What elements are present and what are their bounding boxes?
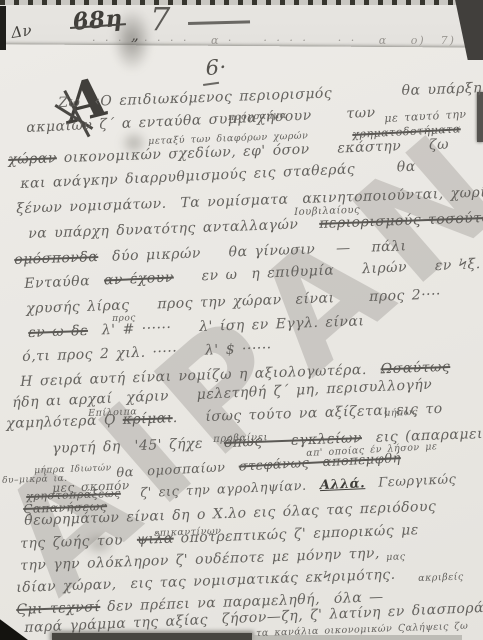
upper-strip-initials: Δν [10, 21, 33, 42]
scan-edge-shadow-right [477, 92, 483, 142]
struck-text: ομόσπονδα [14, 249, 99, 268]
text-fragment: μήπως [384, 407, 418, 419]
scan-edge-shadow-left [0, 6, 6, 50]
manuscript-scan: { "scan": { "paper_color": "#e9e7e2", "p… [0, 0, 483, 640]
page-number-6: 6· [205, 55, 227, 80]
text-fragment: ακριβείς [418, 571, 464, 584]
handwriting-margin-note: μήπως [384, 407, 418, 419]
struck-text: Ϛμι τεχνσί [16, 599, 101, 618]
struck-text: Ωσαύτως [380, 359, 450, 377]
emphasized-text: Αλλά. [320, 476, 366, 493]
film-edge-strip [0, 0, 483, 5]
page-number-7: 7 [150, 0, 171, 38]
text-fragment: μας [386, 551, 406, 563]
handwriting-insertion: μας [386, 551, 406, 563]
handwriting-insertion: ακριβείς [418, 571, 464, 584]
upper-strip-scribble: ϐ8η [72, 5, 124, 36]
struck-text: χώραν [8, 150, 57, 168]
dotted-scrawl-line: · · · · · · · · α · · · · · · · α ο) 7) [92, 34, 456, 47]
struck-text: εν ω δε [28, 323, 88, 341]
struck-text: ψιλα [137, 531, 174, 548]
struck-text: αν έχουν [104, 269, 175, 288]
scan-bottom-smear [52, 633, 252, 640]
struck-text: κρίμαι [122, 410, 172, 428]
